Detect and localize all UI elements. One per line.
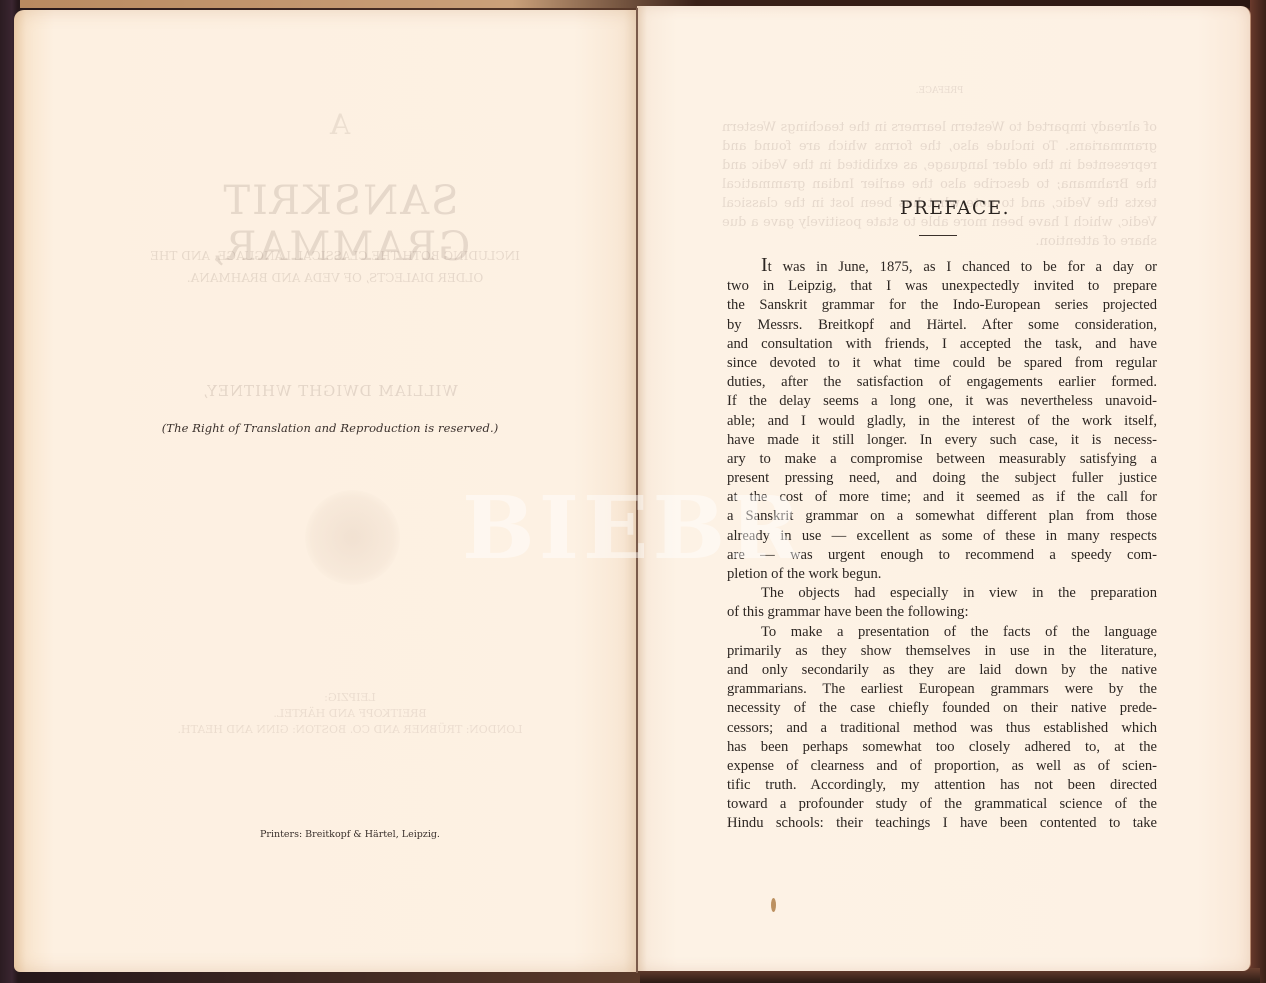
text-line: a Sanskrit grammar on a somewhat differe… bbox=[727, 507, 1157, 526]
book-right-cover bbox=[1250, 0, 1266, 983]
text-line: present pressing need, and doing the sub… bbox=[727, 469, 1157, 488]
text-line: ary to make a compromise between measura… bbox=[727, 450, 1157, 469]
text-line: are — was urgent enough to recommend a s… bbox=[727, 546, 1157, 565]
printers-note: Printers: Breitkopf & Härtel, Leipzig. bbox=[150, 829, 550, 840]
text-line: have made it still longer. In every such… bbox=[727, 431, 1157, 450]
text-line: already in use — excellent as some of th… bbox=[727, 527, 1157, 546]
text-line: If the delay seems a long one, it was ne… bbox=[727, 392, 1157, 411]
text-line: duties, after the satisfaction of engage… bbox=[727, 373, 1157, 392]
text-line-content: t was in June, 1875, as I chanced to be … bbox=[768, 259, 1157, 275]
text-line: To make a presentation of the facts of t… bbox=[727, 623, 1157, 642]
text-line: pletion of the work begun. bbox=[727, 565, 1157, 584]
show-through-letter: A bbox=[330, 108, 350, 141]
show-through-text: of already imparted to Western learners … bbox=[722, 118, 1157, 251]
rights-reserved-note: (The Right of Translation and Reproducti… bbox=[100, 421, 560, 435]
text-line: and consultation with friends, I accepte… bbox=[727, 335, 1157, 354]
page-title: PREFACE. bbox=[750, 198, 1160, 219]
paper-stain bbox=[771, 898, 776, 912]
text-line: The objects had especially in view in th… bbox=[727, 584, 1157, 603]
show-through-header: PREFACE. bbox=[722, 86, 1157, 96]
show-through-imprint: LEIPZIG: BREITKOPF AND HÄRTEL. LONDON: T… bbox=[140, 690, 560, 738]
text-line: able; and I would gladly, in the interes… bbox=[727, 412, 1157, 431]
left-page bbox=[14, 10, 637, 972]
text-line: by Messrs. Breitkopf and Härtel. After s… bbox=[727, 316, 1157, 335]
text-line: expense of clearness and of proportion, … bbox=[727, 757, 1157, 776]
title-divider bbox=[919, 235, 957, 236]
text-line: has been perhaps somewhat too closely ad… bbox=[727, 738, 1157, 757]
show-through-imprint-line: LONDON: TRÜBNER AND CO. BOSTON: GINN AND… bbox=[140, 722, 560, 738]
text-line: It was in June, 1875, as I chanced to be… bbox=[727, 258, 1157, 277]
show-through-subtitle-line: INCLUDING BOTH THE CLASSICAL LANGUAGE, A… bbox=[100, 245, 570, 267]
show-through-imprint-line: BREITKOPF AND HÄRTEL. bbox=[140, 706, 560, 722]
text-line: the Sanskrit grammar for the Indo-Europe… bbox=[727, 296, 1157, 315]
text-line: at the cost of more time; and it seemed … bbox=[727, 488, 1157, 507]
text-line: grammarians. The earliest European gramm… bbox=[727, 680, 1157, 699]
drop-cap: I bbox=[761, 254, 768, 276]
text-line: and only secondarily as they are laid do… bbox=[727, 661, 1157, 680]
text-line: toward a profounder study of the grammat… bbox=[727, 795, 1157, 814]
show-through-subtitle: INCLUDING BOTH THE CLASSICAL LANGUAGE, A… bbox=[100, 245, 570, 289]
preface-body: It was in June, 1875, as I chanced to be… bbox=[727, 258, 1157, 834]
show-through-author: WILLIAM DWIGHT WHITNEY, bbox=[100, 382, 560, 400]
text-line: since devoted to it what time could be s… bbox=[727, 354, 1157, 373]
text-line: of this grammar have been the following: bbox=[727, 603, 1157, 622]
show-through-imprint-line: LEIPZIG: bbox=[140, 690, 560, 706]
book-gutter bbox=[636, 8, 638, 973]
text-line: cessors; and a traditional method was th… bbox=[727, 719, 1157, 738]
text-line: primarily as they show themselves in use… bbox=[727, 642, 1157, 661]
text-line: Hindu schools: their teachings I have be… bbox=[727, 814, 1157, 833]
text-line: two in Leipzig, that I was unexpectedly … bbox=[727, 277, 1157, 296]
text-line: tific truth. Accordingly, my attention h… bbox=[727, 776, 1157, 795]
show-through-emblem-icon bbox=[305, 490, 400, 585]
show-through-subtitle-line: OLDER DIALECTS, OF VEDA AND BRAHMANA. bbox=[100, 267, 570, 289]
text-line: necessity of the case chiefly founded on… bbox=[727, 699, 1157, 718]
